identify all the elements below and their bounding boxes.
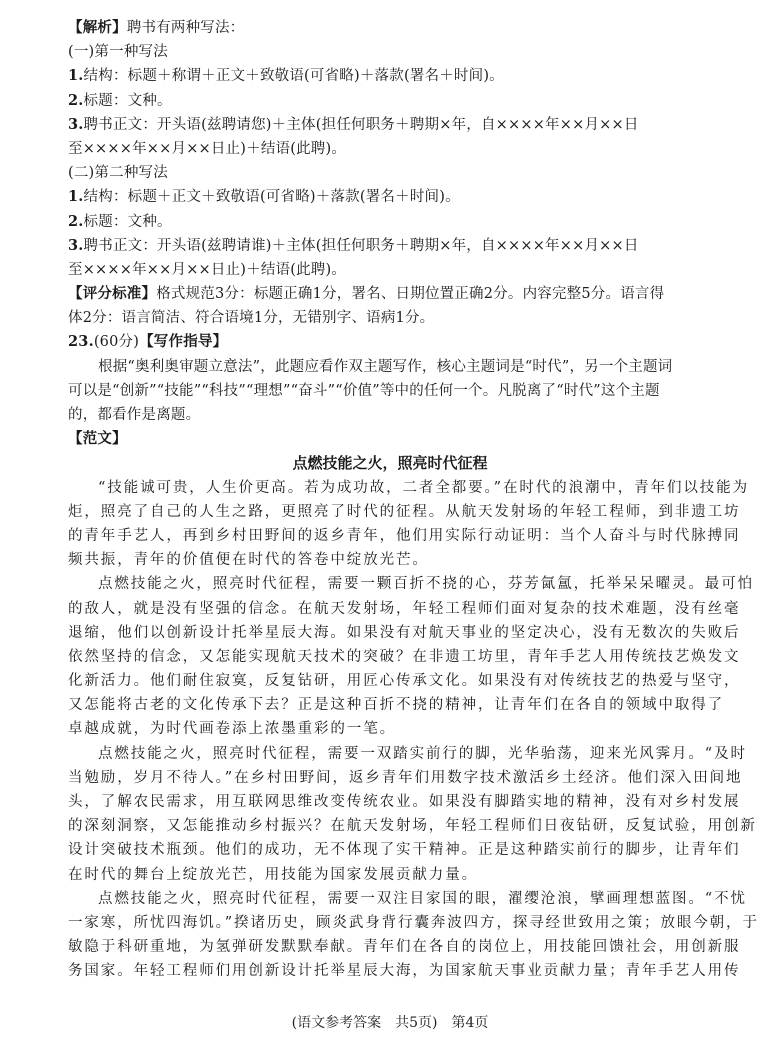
method1-item-2: 2.标题：文种。 <box>68 89 712 113</box>
item-text: 聘书正文：开头语(兹聘请您)＋主体(担任何职务＋聘期×年，自××××年××月××… <box>84 117 639 133</box>
scoring-text: 格式规范3分：标题正确1分，署名、日期位置正确2分。内容完整5分。语言得 <box>156 286 664 302</box>
essay-line: 又怎能将古老的文化传承下去？正是这种百折不挠的精神，让青年们在各自的领域中取得了 <box>68 693 712 717</box>
essay-line: 头，了解农民需求，用互联网思维改变传统农业。如果没有脚踏实地的精神，没有对乡村发… <box>68 790 712 814</box>
method1-item-3-cont: 至××××年××月××日止)＋结语(此聘)。 <box>68 137 712 161</box>
guide-line-3: 的，都看作是离题。 <box>68 403 712 427</box>
essay-line: “技能诚可贵，人生价更高。若为成功故，二者全都要。”在时代的浪潮中，青年们以技能… <box>68 476 712 500</box>
document-page: 【解析】聘书有两种写法： (一)第一种写法 1.结构：标题＋称谓＋正文＋致敬语(… <box>68 16 712 984</box>
essay-line: 退缩，他们以创新设计托举星辰大海。如果没有对航天事业的坚定决心，没有无数次的失败… <box>68 621 712 645</box>
guide-label: 【写作指导】 <box>139 333 227 350</box>
item-text: 结构：标题＋正文＋致敬语(可省略)＋落款(署名＋时间)。 <box>84 189 460 205</box>
guide-line-1: 根据“奥利奥审题立意法”，此题应看作双主题写作，核心主题词是“时代”，另一个主题… <box>68 355 712 379</box>
question-number: 23. <box>68 333 94 350</box>
item-text: 标题：文种。 <box>84 214 172 230</box>
item-number: 2. <box>68 213 84 230</box>
essay-line: 的敌人，就是没有坚强的信念。在航天发射场，年轻工程师们面对复杂的技术难题，没有丝… <box>68 597 712 621</box>
item-number: 2. <box>68 92 84 109</box>
essay-line: 设计突破技术瓶颈。他们的成功，无不体现了实干精神。正是这种踏实前行的脚步，让青年… <box>68 838 712 862</box>
method2-item-3: 3.聘书正文：开头语(兹聘请谁)＋主体(担任何职务＋聘期×年，自××××年××月… <box>68 234 712 258</box>
item-number: 1. <box>68 188 84 205</box>
essay-line: 点燃技能之火，照亮时代征程，需要一双踏实前行的脚，光华骀荡，迎来光风霁月。“及时 <box>68 742 712 766</box>
essay-line: 的青年手艺人，再到乡村田野间的返乡青年，他们用实际行动证明：当个人奋斗与时代脉搏… <box>68 524 712 548</box>
method1-item-3: 3.聘书正文：开头语(兹聘请您)＋主体(担任何职务＋聘期×年，自××××年××月… <box>68 113 712 137</box>
essay-line: 频共振，青年的价值便在时代的答卷中绽放光芒。 <box>68 548 712 572</box>
essay-line: 依然坚持的信念，又怎能实现航天技术的突破？在非遗工坊里，青年手艺人用传统技艺焕发… <box>68 645 712 669</box>
essay-line: 卓越成就，为时代画卷添上浓墨重彩的一笔。 <box>68 717 712 741</box>
method2-title: (二)第二种写法 <box>68 161 712 185</box>
essay-title: 点燃技能之火，照亮时代征程 <box>68 451 712 475</box>
scoring-label: 【评分标准】 <box>68 285 156 302</box>
item-number: 3. <box>68 237 84 254</box>
essay-line: 点燃技能之火，照亮时代征程，需要一颗百折不挠的心，芬芳氤氲，托举呆呆曜灵。最可怕 <box>68 572 712 596</box>
essay-line: 的深刻洞察，又怎能推动乡村振兴？在航天发射场，年轻工程师们日夜钻研，反复试验，用… <box>68 814 712 838</box>
scoring-line-2: 体2分：语言简洁、符合语境1分，无错别字、语病1分。 <box>68 306 712 330</box>
essay-line: 炬，照亮了自己的人生之路，更照亮了时代的征程。从航天发射场的年轻工程师，到非遗工… <box>68 500 712 524</box>
method2-item-1: 1.结构：标题＋正文＋致敬语(可省略)＋落款(署名＋时间)。 <box>68 185 712 209</box>
essay-line: 在时代的舞台上绽放光芒，用技能为国家发展贡献力量。 <box>68 863 712 887</box>
item-text: 结构：标题＋称谓＋正文＋致敬语(可省略)＋落款(署名＋时间)。 <box>84 68 504 84</box>
essay-line: 点燃技能之火，照亮时代征程，需要一双注目家国的眼，濯缨沧浪，擘画理想蓝图。“不忧 <box>68 887 712 911</box>
essay-line: 化新活力。他们耐住寂寞，反复钻研，用匠心传承文化。如果没有对传统技艺的热爱与坚守… <box>68 669 712 693</box>
essay-line: 当勉励，岁月不待人。”在乡村田野间，返乡青年们用数字技术激活乡土经济。他们深入田… <box>68 766 712 790</box>
analysis-heading: 【解析】聘书有两种写法： <box>68 16 712 40</box>
analysis-heading-text: 聘书有两种写法： <box>127 20 245 36</box>
question-23-heading: 23.(60分)【写作指导】 <box>68 330 712 354</box>
scoring-line-1: 【评分标准】格式规范3分：标题正确1分，署名、日期位置正确2分。内容完整5分。语… <box>68 282 712 306</box>
essay-line: 敏隐于科研重地，为氢弹研发默默奉献。青年们在各自的岗位上，用技能回馈社会，用创新… <box>68 935 712 959</box>
item-text: 标题：文种。 <box>84 93 172 109</box>
guide-line-2: 可以是“创新”“技能”“科技”“理想”“奋斗”“价值”等中的任何一个。凡脱离了“… <box>68 379 712 403</box>
page-footer: (语文参考答案 共5页) 第4页 <box>0 1012 780 1032</box>
item-number: 3. <box>68 116 84 133</box>
item-number: 1. <box>68 67 84 84</box>
item-text: 聘书正文：开头语(兹聘请谁)＋主体(担任何职务＋聘期×年，自××××年××月××… <box>84 238 639 254</box>
sample-essay-label: 【范文】 <box>68 427 712 451</box>
question-score: (60分) <box>94 334 139 350</box>
method2-item-2: 2.标题：文种。 <box>68 210 712 234</box>
analysis-label: 【解析】 <box>68 19 127 36</box>
method1-item-1: 1.结构：标题＋称谓＋正文＋致敬语(可省略)＋落款(署名＋时间)。 <box>68 64 712 88</box>
essay-line: 一家寒，所忧四海饥。”揆诸历史，顾炎武身背行囊奔波四方，探寻经世致用之策；放眼今… <box>68 911 712 935</box>
method2-item-3-cont: 至××××年××月××日止)＋结语(此聘)。 <box>68 258 712 282</box>
essay-line: 务国家。年轻工程师们用创新设计托举星辰大海，为国家航天事业贡献力量；青年手艺人用… <box>68 959 712 983</box>
method1-title: (一)第一种写法 <box>68 40 712 64</box>
